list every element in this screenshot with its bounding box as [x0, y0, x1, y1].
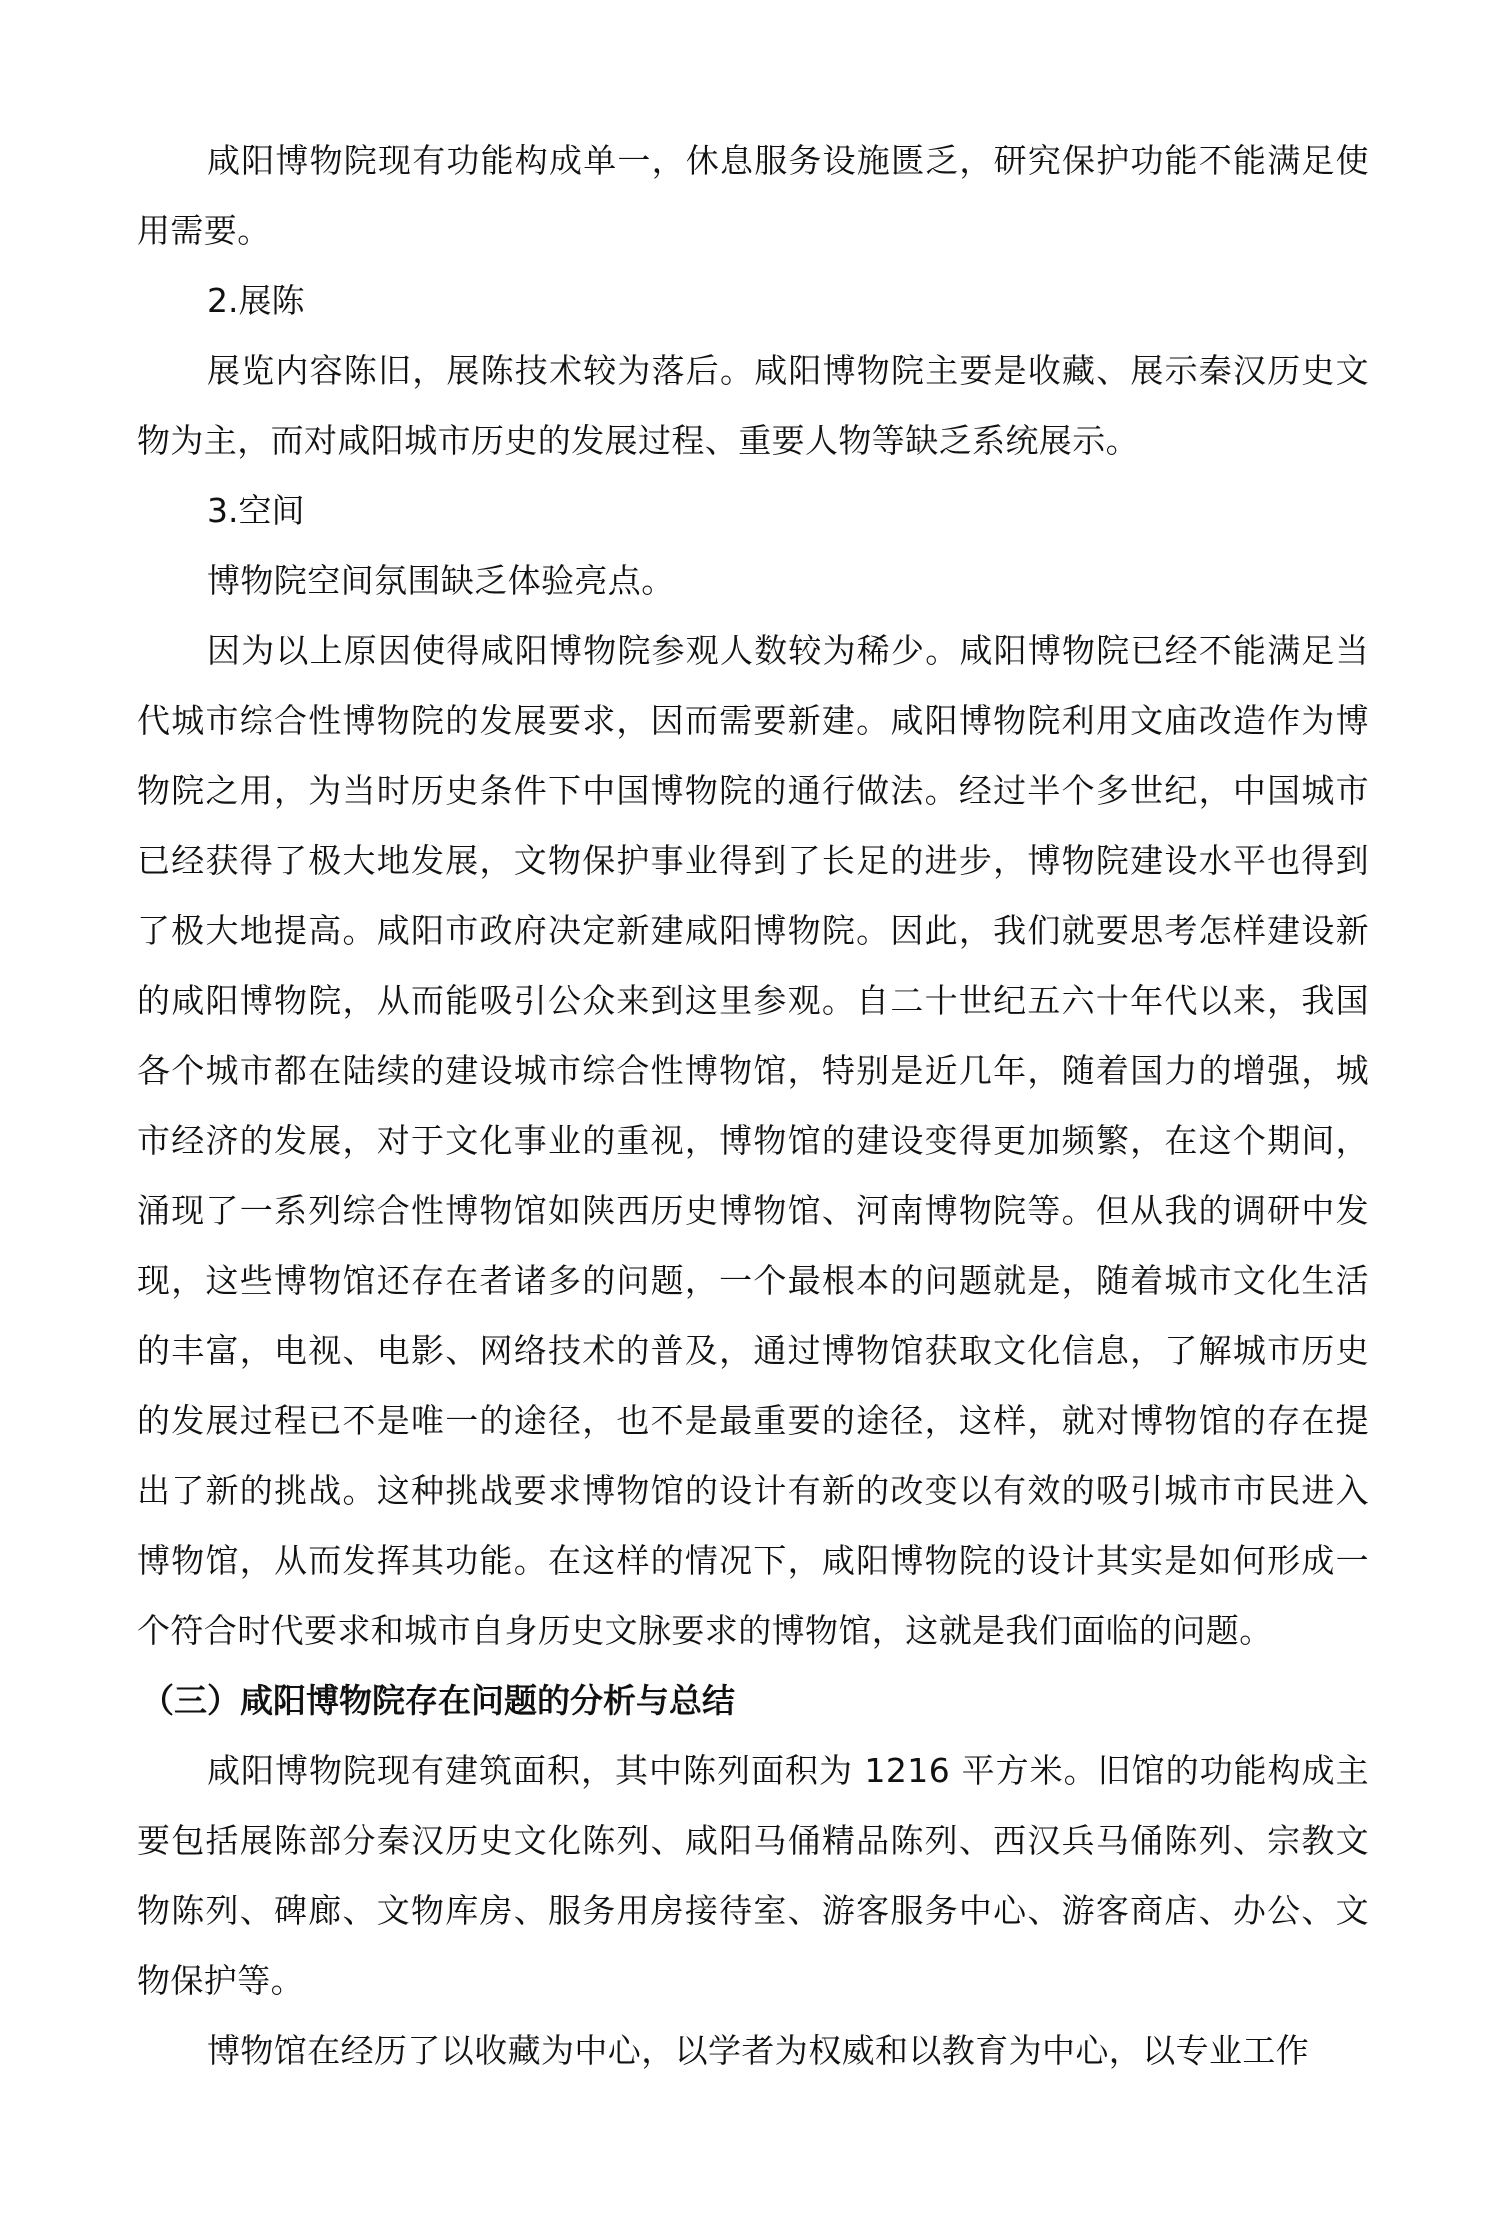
paragraph-new-museum-rationale: 因为以上原因使得咸阳博物院参观人数较为稀少。咸阳博物院已经不能满足当代城市综合性… [137, 616, 1369, 1666]
section-heading-analysis-summary: （三）咸阳博物院存在问题的分析与总结 [137, 1666, 1369, 1736]
paragraph-exhibition-issues: 展览内容陈旧，展陈技术较为落后。咸阳博物院主要是收藏、展示秦汉历史文物为主，而对… [137, 336, 1369, 476]
paragraph-existing-area-functions: 咸阳博物院现有建筑面积，其中陈列面积为 1216 平方米。旧馆的功能构成主要包括… [137, 1736, 1369, 2016]
paragraph-function-issues: 咸阳博物院现有功能构成单一，休息服务设施匮乏，研究保护功能不能满足使用需要。 [137, 126, 1369, 266]
paragraph-space-issues: 博物院空间氛围缺乏体验亮点。 [137, 546, 1369, 616]
document-page: 咸阳博物院现有功能构成单一，休息服务设施匮乏，研究保护功能不能满足使用需要。 2… [137, 126, 1369, 2086]
subheading-space: 3.空间 [137, 476, 1369, 546]
paragraph-museum-evolution: 博物馆在经历了以收藏为中心，以学者为权威和以教育为中心，以专业工作 [137, 2016, 1369, 2086]
subheading-exhibition: 2.展陈 [137, 266, 1369, 336]
